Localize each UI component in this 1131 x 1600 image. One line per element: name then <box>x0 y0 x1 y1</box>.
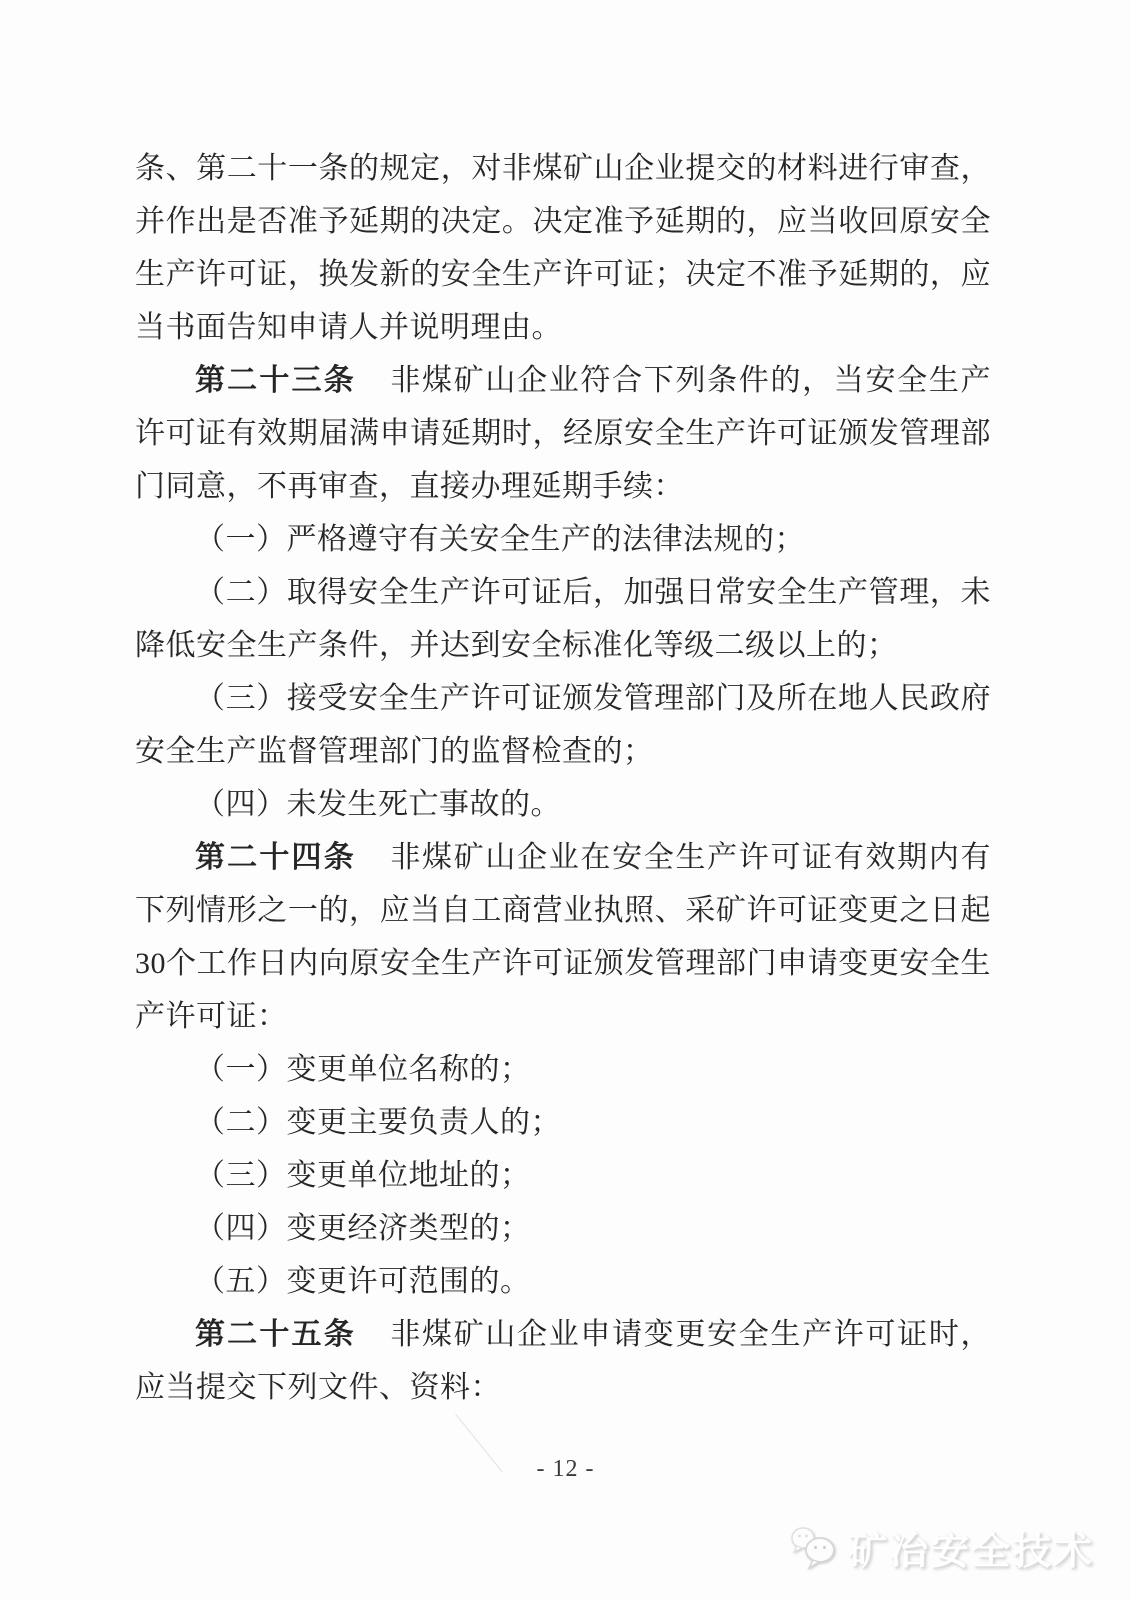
article-24-item-4: （四）变更经济类型的； <box>135 1202 991 1255</box>
paragraph-text: （一）变更单位名称的； <box>195 1053 531 1086</box>
article-25-paragraph: 第二十五条非煤矿山企业申请变更安全生产许可证时，应当提交下列文件、资料： <box>135 1308 991 1414</box>
wechat-bubbles-icon <box>789 1524 841 1572</box>
paragraph-text: （五）变更许可范围的。 <box>195 1265 531 1298</box>
watermark: 矿冶安全技术 <box>789 1520 1095 1575</box>
article-24-item-5: （五）变更许可范围的。 <box>135 1255 991 1308</box>
paragraph-continuation: 条、第二十一条的规定，对非煤矿山企业提交的材料进行审查，并作出是否准予延期的决定… <box>135 142 991 354</box>
article-23-item-4: （四）未发生死亡事故的。 <box>135 778 991 831</box>
article-23-paragraph: 第二十三条非煤矿山企业符合下列条件的，当安全生产许可证有效期届满申请延期时，经原… <box>135 354 991 513</box>
paragraph-text: （四）未发生死亡事故的。 <box>195 788 561 821</box>
article-24-number: 第二十四条 <box>195 841 356 874</box>
article-23-number: 第二十三条 <box>195 364 356 397</box>
paragraph-text: （二）变更主要负责人的； <box>195 1106 561 1139</box>
paragraph-text: （一）严格遵守有关安全生产的法律法规的； <box>195 523 805 556</box>
article-24-item-1: （一）变更单位名称的； <box>135 1043 991 1096</box>
article-25-number: 第二十五条 <box>195 1318 356 1351</box>
document-body: 条、第二十一条的规定，对非煤矿山企业提交的材料进行审查，并作出是否准予延期的决定… <box>135 142 991 1414</box>
article-24-item-2: （二）变更主要负责人的； <box>135 1096 991 1149</box>
paragraph-text: 条、第二十一条的规定，对非煤矿山企业提交的材料进行审查，并作出是否准予延期的决定… <box>135 152 991 344</box>
paragraph-text: （三）接受安全生产许可证颁发管理部门及所在地人民政府安全生产监督管理部门的监督检… <box>135 682 991 768</box>
paragraph-text: （四）变更经济类型的； <box>195 1212 531 1245</box>
article-24-item-3: （三）变更单位地址的； <box>135 1149 991 1202</box>
document-page: 条、第二十一条的规定，对非煤矿山企业提交的材料进行审查，并作出是否准予延期的决定… <box>0 0 1131 1600</box>
article-23-item-2: （二）取得安全生产许可证后，加强日常安全生产管理，未降低安全生产条件，并达到安全… <box>135 566 991 672</box>
article-24-paragraph: 第二十四条非煤矿山企业在安全生产许可证有效期内有下列情形之一的，应当自工商营业执… <box>135 831 991 1043</box>
paragraph-text: （二）取得安全生产许可证后，加强日常安全生产管理，未降低安全生产条件，并达到安全… <box>135 576 991 662</box>
article-23-item-3: （三）接受安全生产许可证颁发管理部门及所在地人民政府安全生产监督管理部门的监督检… <box>135 672 991 778</box>
watermark-label: 矿冶安全技术 <box>849 1520 1095 1575</box>
article-23-item-1: （一）严格遵守有关安全生产的法律法规的； <box>135 513 991 566</box>
paragraph-text: （三）变更单位地址的； <box>195 1159 531 1192</box>
page-number: - 12 - <box>0 1456 1131 1483</box>
